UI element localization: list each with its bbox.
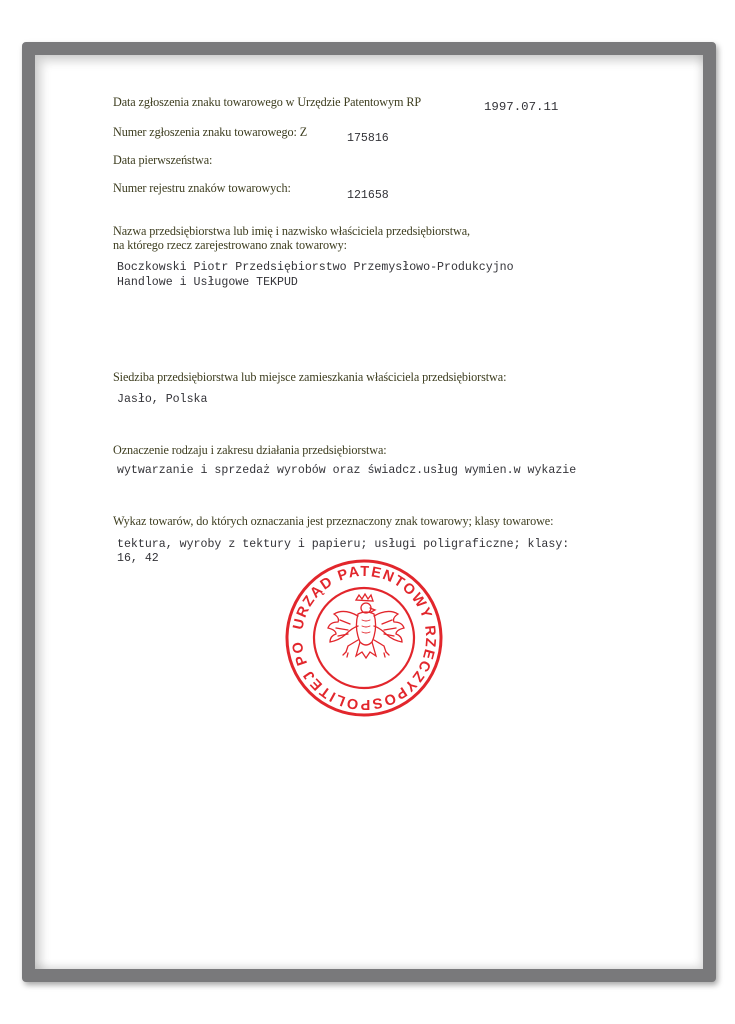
activity-value: wytwarzanie i sprzedaż wyrobów oraz świa… [117, 464, 576, 478]
filing-date-value: 1997.07.11 [484, 100, 558, 114]
filing-date-label: Data zgłoszenia znaku towarowego w Urzęd… [113, 95, 421, 109]
priority-date-label: Data pierwszeństwa: [113, 153, 212, 167]
owner-name-value-line1: Boczkowski Piotr Przedsiębiorstwo Przemy… [117, 261, 514, 275]
owner-name-label-line2: na którego rzecz zarejestrowano znak tow… [113, 238, 347, 252]
seat-label: Siedziba przedsiębiorstwa lub miejsce za… [113, 370, 506, 384]
goods-label: Wykaz towarów, do których oznaczania jes… [113, 514, 553, 528]
registration-number-label: Numer rejestru znaków towarowych: [113, 181, 291, 195]
official-stamp: URZĄD PATENTOWY RZECZYPOSPOLITEJ POLSKIE… [282, 556, 446, 720]
owner-name-value-line2: Handlowe i Usługowe TEKPUD [117, 276, 298, 290]
goods-value-line1: tektura, wyroby z tektury i papieru; usł… [117, 538, 569, 552]
owner-name-label-line1: Nazwa przedsiębiorstwa lub imię i nazwis… [113, 224, 470, 238]
registration-number-value: 121658 [347, 189, 389, 203]
application-number-value: 175816 [347, 132, 389, 146]
seat-value: Jasło, Polska [117, 393, 207, 407]
application-number-label: Numer zgłoszenia znaku towarowego: Z [113, 125, 307, 139]
eagle-emblem-icon [328, 594, 404, 658]
activity-label: Oznaczenie rodzaju i zakresu działania p… [113, 443, 387, 457]
goods-value-line2: 16, 42 [117, 552, 159, 566]
